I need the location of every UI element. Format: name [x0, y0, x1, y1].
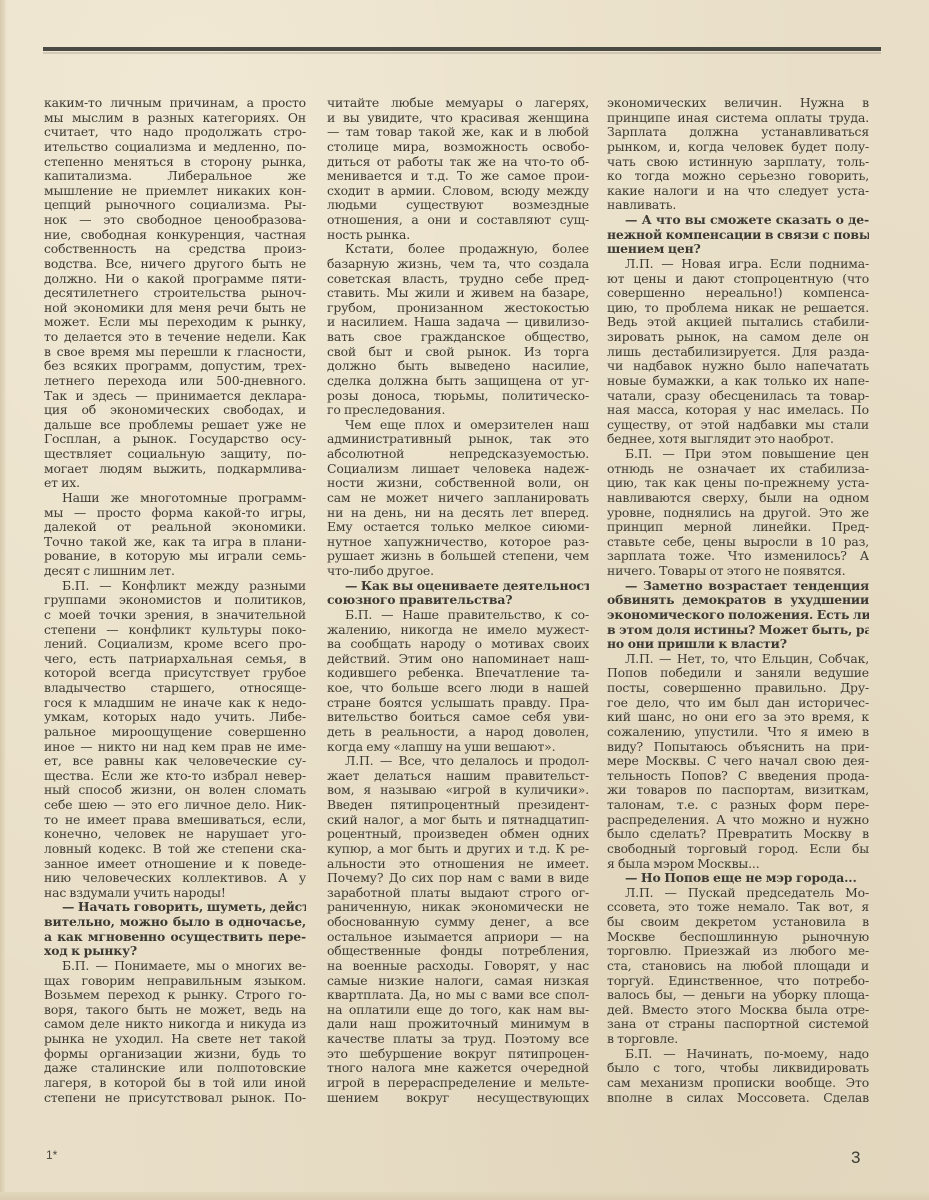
text-line: Социализм лишает человека надеж-	[327, 462, 589, 477]
text-line: Так и здесь — принимается деклара-	[44, 389, 306, 404]
text-line: вом, я называю «игрой в куличики».	[327, 783, 589, 798]
page-number: 3	[851, 1148, 860, 1168]
text-line: когда ему «лапшу на уши вешают».	[327, 740, 589, 755]
text-line: зарплата тоже. Что изменилось? А	[607, 549, 869, 564]
text-line: общественные фонды потребления,	[327, 944, 589, 959]
text-line: ительство социализма и медленно, по-	[44, 140, 306, 155]
text-line: заработной платы выдают строго ог-	[327, 886, 589, 901]
text-line: рование, в которую мы играли семь-	[44, 549, 306, 564]
text-line: раниченную, никак экономически не	[327, 900, 589, 915]
text-line: существу, от этой надбавки мы стали	[607, 418, 869, 433]
text-line: Л.П. — Пускай председатель Мо-	[607, 886, 869, 901]
text-line: роцентный, произведен обмен одних	[327, 827, 589, 842]
text-line: сам не может ничего запланировать	[327, 491, 589, 506]
header-rule	[43, 47, 881, 51]
text-line: совершенно нереально!) компенса-	[607, 286, 869, 301]
text-line: степени — конфликт культуры поко-	[44, 623, 306, 638]
text-line: Чем еще плох и омерзителен наш	[327, 418, 589, 433]
text-line: ни на день, ни на десять лет вперед.	[327, 506, 589, 521]
text-line: столице мира, возможность освобо-	[327, 140, 589, 155]
question-line: нежной компенсации в связи с повы-	[607, 228, 869, 243]
text-line: и вы увидите, что красивая женщина	[327, 111, 589, 126]
text-line: талонам, т.е. с разных форм пере-	[607, 798, 869, 813]
text-column-3: экономических величин. Нужна впринципе и…	[607, 96, 869, 1105]
text-line: воря, такого быть не может, ведь на	[44, 1003, 306, 1018]
text-line: Б.П. — Понимаете, мы о многих ве-	[44, 959, 306, 974]
text-line: административный рынок, так это	[327, 432, 589, 447]
text-line: нию человеческих коллективов. А у	[44, 871, 306, 886]
text-line: ществляет социальную защиту, по-	[44, 447, 306, 462]
text-line: цию, так как цены по-прежнему уста-	[607, 476, 869, 491]
question-line: но они пришли к власти?	[607, 637, 869, 652]
text-line: ничего. Товары от этого не появятся.	[607, 564, 869, 579]
text-line: нас вздумали учить народы!	[44, 886, 306, 901]
text-line: сам механизм прописки вообще. Это	[607, 1076, 869, 1091]
text-line: квартплата. Да, но мы с вами все спол-	[327, 988, 589, 1003]
text-line: мере Москвы. С чего начал свою дея-	[607, 754, 869, 769]
text-line: Попов победили и заняли ведушие	[607, 666, 869, 681]
text-line: могает людям выжить, подкармлива-	[44, 462, 306, 477]
text-line: розы доноса, тюрьмы, политическо-	[327, 389, 589, 404]
question-line: обвинять демократов в ухудшении	[607, 593, 869, 608]
text-line: беднее, хотя выглядит это наоброт.	[607, 432, 869, 447]
text-line: ссовета, это тоже немало. Так вот, я	[607, 900, 869, 915]
text-line: Л.П. — Нет, то, что Ельцин, Собчак,	[607, 652, 869, 667]
text-line: иное — никто ни над кем прав не име-	[44, 740, 306, 755]
text-line: Госплан, а рынок. Государство осу-	[44, 432, 306, 447]
text-line: то делается это в течение недели. Как	[44, 330, 306, 345]
text-line: собственность на средства произ-	[44, 242, 306, 257]
text-line: жи товаров по паспортам, визиткам,	[607, 783, 869, 798]
text-line: мы мыслим в разных категориях. Он	[44, 111, 306, 126]
text-line: щества. Если же кто-то избрал невер-	[44, 769, 306, 784]
text-line: принцип мерной линейки. Пред-	[607, 520, 869, 535]
text-line: ный способ жизни, он волен сломать	[44, 783, 306, 798]
text-line: ция об экономических свободах, и	[44, 403, 306, 418]
question-line: вительно, можно было в одночасье,	[44, 915, 306, 930]
text-line: Введен пятипроцентный президент-	[327, 798, 589, 813]
text-line: Наши же многотомные программ-	[44, 491, 306, 506]
text-line: принципе иная система оплаты труда.	[607, 111, 869, 126]
text-line: распределения. А что можно и нужно	[607, 813, 869, 828]
text-line: игрой в перераспределение и мельте-	[327, 1076, 589, 1091]
text-column-1: каким-то личным причинам, а простомы мыс…	[44, 96, 306, 1105]
text-line: считает, что надо продолжать стро-	[44, 125, 306, 140]
text-line: которой всегда присутствует грубое	[44, 666, 306, 681]
question-line: — А что вы сможете сказать о де-	[607, 213, 869, 228]
header-rule-shadow	[43, 52, 881, 54]
text-line: валось бы, — деньги на уборку площа-	[607, 988, 869, 1003]
text-line: цепций рыночного социализма. Ры-	[44, 198, 306, 213]
text-line: ности жизни, собственной воли, он	[327, 476, 589, 491]
text-line: конечно, человек не нарушает уго-	[44, 827, 306, 842]
text-line: чи надбавок нужно было напечатать	[607, 359, 869, 374]
text-line: с моей точки зрения, в значительной	[44, 608, 306, 623]
text-line: то не имеет права вмешиваться, если,	[44, 813, 306, 828]
text-line: что-либо другое.	[327, 564, 589, 579]
question-line: — Как вы оцениваете деятельность	[327, 579, 589, 594]
text-line: базарную жизнь, чем та, что создала	[327, 257, 589, 272]
text-line: группами экономистов и политиков,	[44, 593, 306, 608]
text-line: ная масса, которая у нас имелась. По	[607, 403, 869, 418]
text-line: мы — просто форма какой-то игры,	[44, 506, 306, 521]
text-line: нутное хапужничество, которое раз-	[327, 535, 589, 550]
text-line: ет, все равны как человеческие су-	[44, 754, 306, 769]
text-line: го преследования.	[327, 403, 589, 418]
text-line: читайте любые мемуары о лагерях,	[327, 96, 589, 111]
text-line: ко тогда можно серьезно говорить,	[607, 169, 869, 184]
text-line: Ведь этой акцией пытались стабили-	[607, 315, 869, 330]
text-line: в торговле.	[607, 1032, 869, 1047]
text-line: каким-то личным причинам, а просто	[44, 96, 306, 111]
text-line: чего, есть патриархальная семья, в	[44, 652, 306, 667]
text-line: на военные расходы. Говорят, у нас	[327, 959, 589, 974]
text-line: Зарплата должна устанавливаться	[607, 125, 869, 140]
text-line: жалению, никогда не имело мужест-	[327, 623, 589, 638]
text-line: лишь дестабилизируется. Для разда-	[607, 345, 869, 360]
text-line: деть в реальности, а народ доволен,	[327, 725, 589, 740]
text-line: зана от страны паспортной системой	[607, 1017, 869, 1032]
text-line: ставить. Мы жили и живем на базаре,	[327, 286, 589, 301]
text-line: должно. Ни о какой программе пяти-	[44, 272, 306, 287]
text-line: степени не присутствовал рынок. По-	[44, 1091, 306, 1106]
text-line: может. Если мы переходим к рынку,	[44, 315, 306, 330]
text-line: себе шею — это его личное дело. Ник-	[44, 798, 306, 813]
question-line: экономического положения. Есть ли	[607, 608, 869, 623]
text-line: жает делаться нашим правительст-	[327, 769, 589, 784]
text-line: навливаются сверху, были на одном	[607, 491, 869, 506]
text-line: самом деле никто никогда и никуда из	[44, 1017, 306, 1032]
text-line: Кстати, более продажную, более	[327, 242, 589, 257]
text-line: остальное изымается априори — на	[327, 930, 589, 945]
text-line: менивается и т.д. То же самое прои-	[327, 169, 589, 184]
text-column-2: читайте любые мемуары о лагерях,и вы уви…	[327, 96, 589, 1105]
question-line: в этом доля истины? Может быть, ра-	[607, 623, 869, 638]
text-line: кое, что больше всего люди в нашей	[327, 681, 589, 696]
text-line: рынком, и, когда человек будет полу-	[607, 140, 869, 155]
text-line: самые низкие налоги, самая низкая	[327, 974, 589, 989]
text-line: было с того, чтобы ликвидировать	[607, 1061, 869, 1076]
text-line: дали наш прожиточный минимум в	[327, 1017, 589, 1032]
text-line: экономических величин. Нужна в	[607, 96, 869, 111]
text-line: ставьте себе, цены выросли в 10 раз,	[607, 535, 869, 550]
question-line: — Заметно возрастает тенденция	[607, 579, 869, 594]
text-line: Л.П. — Новая игра. Если поднима-	[607, 257, 869, 272]
text-line: дей. Вместо этого Москва была отре-	[607, 1003, 869, 1018]
text-line: — там товар такой же, как и в любой	[327, 125, 589, 140]
text-line: Б.П. — Конфликт между разными	[44, 579, 306, 594]
question-line: шением цен?	[607, 242, 869, 257]
signature-mark: 1*	[46, 1148, 57, 1162]
text-line: чатали, сразу обесценилась та товар-	[607, 389, 869, 404]
text-line: альности это отношения не имеет.	[327, 857, 589, 872]
text-line: ют цены и дают стопроцентную (что	[607, 272, 869, 287]
text-line: новые бумажки, а как только их напе-	[607, 374, 869, 389]
question-line: а как мгновенно осуществить пере-	[44, 930, 306, 945]
text-line: купюр, а мог быть и других и т.д. К ре-	[327, 842, 589, 857]
text-line: ва сообщать народу о мотивах своих	[327, 637, 589, 652]
text-line: щах говорим неправильным языком.	[44, 974, 306, 989]
text-line: без всяких программ, допустим, трех-	[44, 359, 306, 374]
text-line: на оплатили еще до того, как нам вы-	[327, 1003, 589, 1018]
text-line: и насилием. Наша задача — цивилизо-	[327, 315, 589, 330]
text-line: рушает жизнь в большей степени, чем	[327, 549, 589, 564]
text-line: далекой от реальной экономики.	[44, 520, 306, 535]
text-line: было сделать? Превратить Москву в	[607, 827, 869, 842]
text-line: нок — это свободное ценообразова-	[44, 213, 306, 228]
text-line: дальше все проблемы решает уже не	[44, 418, 306, 433]
text-line: грубом, пронизанном жестокостью	[327, 301, 589, 316]
question-line: — Но Попов еще не мэр города...	[607, 871, 869, 886]
text-line: цию, то проблема никак не решается.	[607, 301, 869, 316]
text-line: гося к младшим не иначе как к недо-	[44, 696, 306, 711]
text-line: Возьмем переход к рынку. Строго го-	[44, 988, 306, 1003]
text-line: отношения, а они и составляют сущ-	[327, 213, 589, 228]
text-line: диться от работы так же на что-то об-	[327, 155, 589, 170]
page-left-edge	[0, 0, 6, 1200]
text-line: стране боятся услышать правду. Пра-	[327, 696, 589, 711]
text-line: какие налоги и на что следует уста-	[607, 184, 869, 199]
text-line: Москве беспошлинную рыночную	[607, 930, 869, 945]
text-line: десятилетнего строительства рыноч-	[44, 286, 306, 301]
text-line: ста, становись на любой площади и	[607, 959, 869, 974]
text-line: ние, свободная конкуренция, частная	[44, 228, 306, 243]
text-line: должно быть выведено насилие,	[327, 359, 589, 374]
text-line: тного налога мне кажется очередной	[327, 1061, 589, 1076]
text-line: Б.П. — Наше правительство, к со-	[327, 608, 589, 623]
text-line: я была мэром Москвы...	[607, 857, 869, 872]
text-line: кий шанс, но они его за это время, к	[607, 710, 869, 725]
text-line: Л.П. — Все, что делалось и продол-	[327, 754, 589, 769]
text-line: степенно меняться в сторону рынка,	[44, 155, 306, 170]
text-line: даже сталинские или полпотовские	[44, 1061, 306, 1076]
text-line: вительство боиться самое себя уви-	[327, 710, 589, 725]
text-line: занное имеет отношение и к поведе-	[44, 857, 306, 872]
text-line: Почему? До сих пор нам с вами в виде	[327, 871, 589, 886]
text-line: рынка не уходил. На свете нет такой	[44, 1032, 306, 1047]
text-line: посты, совершенно правильно. Дру-	[607, 681, 869, 696]
text-line: людьми существуют возмездные	[327, 198, 589, 213]
text-line: Ему остается только мелкое сиюми-	[327, 520, 589, 535]
text-line: лагеря, в которой бы в той или иной	[44, 1076, 306, 1091]
text-line: сожалению, упустили. Что я имею в	[607, 725, 869, 740]
text-line: советская власть, трудно себе пред-	[327, 272, 589, 287]
text-line: чать свою истинную зарплату, толь-	[607, 155, 869, 170]
text-line: свой быт и свой рынок. Из торга	[327, 345, 589, 360]
text-line: бы своим декретом установила в	[607, 915, 869, 930]
text-line: абсолютной непредсказуемостью.	[327, 447, 589, 462]
text-line: торгуй. Единственное, что потребо-	[607, 974, 869, 989]
text-line: кодившего ребенка. Впечатление та-	[327, 666, 589, 681]
text-line: вать свое гражданское общество,	[327, 330, 589, 345]
question-line: союзного правительства?	[327, 593, 589, 608]
text-line: уровне, поднялись на другой. Это же	[607, 506, 869, 521]
text-line: водства. Все, ничего другого быть не	[44, 257, 306, 272]
text-line: ет их.	[44, 476, 306, 491]
text-line: навливать.	[607, 198, 869, 213]
text-line: формы организации жизни, будь то	[44, 1047, 306, 1062]
text-line: гое дело, что им был дан историчес-	[607, 696, 869, 711]
text-line: ский налог, а мог быть и пятнадцатип-	[327, 813, 589, 828]
text-line: вполне в силах Моссовета. Сделав	[607, 1091, 869, 1106]
text-line: десят с лишним лет.	[44, 564, 306, 579]
text-line: качестве платы за труд. Поэтому все	[327, 1032, 589, 1047]
text-line: действий. Этим оно напоминает наш-	[327, 652, 589, 667]
text-line: зировать рынок, на самом деле он	[607, 330, 869, 345]
text-line: летнего перехода или 500-дневного.	[44, 374, 306, 389]
text-line: умкам, которых надо учить. Либе-	[44, 710, 306, 725]
text-line: это шебуршение вокруг пятипроцен-	[327, 1047, 589, 1062]
text-line: шением вокруг несуществующих	[327, 1091, 589, 1106]
question-line: — Начать говорить, шуметь, дейст-	[44, 900, 306, 915]
text-line: ральное мироощущение совершенно	[44, 725, 306, 740]
text-line: в свое время мы перешли к гласности,	[44, 345, 306, 360]
text-line: сделка должна быть защищена от уг-	[327, 374, 589, 389]
text-line: виду? Попытаюсь объяснить на при-	[607, 740, 869, 755]
text-line: капитализма. Либеральное же	[44, 169, 306, 184]
text-line: ловный кодекс. В той же степени ска-	[44, 842, 306, 857]
text-line: лений. Социализм, кроме всего про-	[44, 637, 306, 652]
text-line: ной экономики для меня речи быть не	[44, 301, 306, 316]
text-line: Б.П. — Начинать, по-моему, надо	[607, 1047, 869, 1062]
text-line: Б.П. — При этом повышение цен	[607, 447, 869, 462]
text-line: торговлю. Приезжай из любого ме-	[607, 944, 869, 959]
text-line: свободный торговый город. Если бы	[607, 842, 869, 857]
text-line: владычество старшего, относяще-	[44, 681, 306, 696]
text-line: Точно такой же, как та игра в плани-	[44, 535, 306, 550]
text-line: тельность Попов? С введения прода-	[607, 769, 869, 784]
text-line: отнюдь не означает их стабилиза-	[607, 462, 869, 477]
page-bottom-edge	[0, 1192, 929, 1200]
text-line: сходит в армии. Словом, всюду между	[327, 184, 589, 199]
text-line: мышление не приемлет никаких кон-	[44, 184, 306, 199]
text-line: ность рынка.	[327, 228, 589, 243]
text-line: обоснованную сумму денег, а все	[327, 915, 589, 930]
question-line: ход к рынку?	[44, 944, 306, 959]
